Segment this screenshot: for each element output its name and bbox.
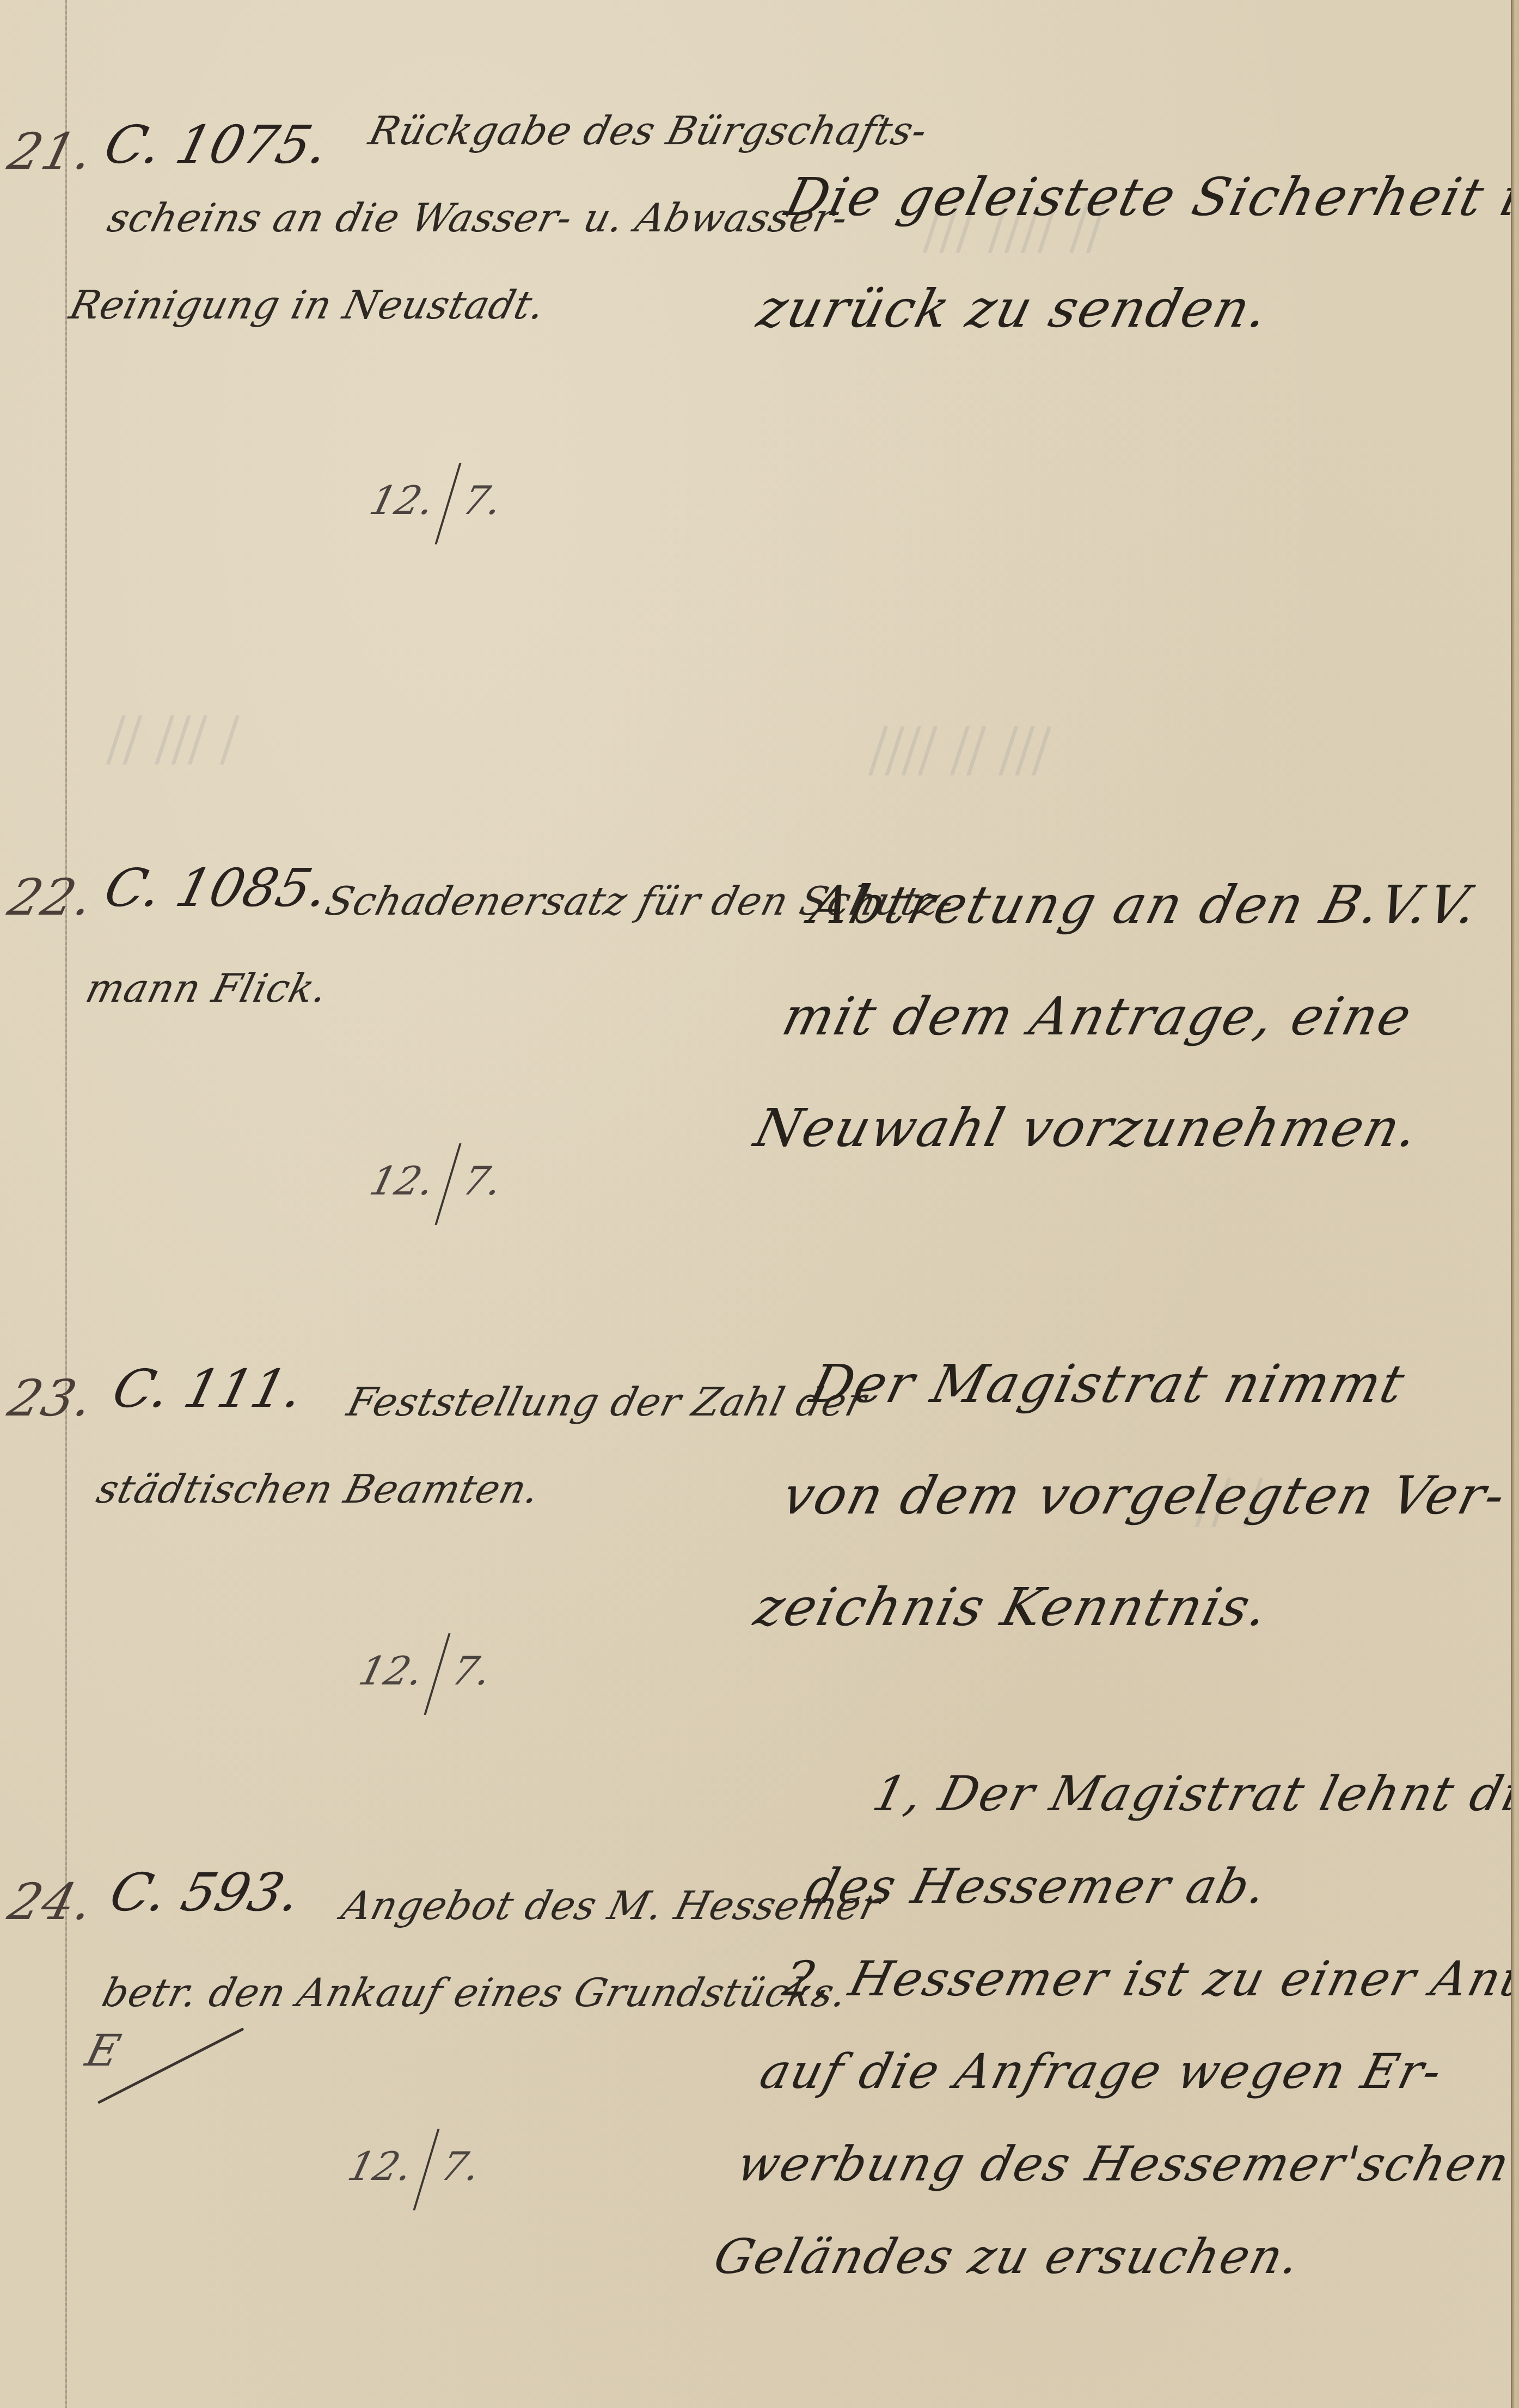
- file-reference: C. 1085.: [99, 857, 335, 918]
- entry-number: 22.: [3, 868, 100, 927]
- entry-decision: Abtretung an den B.V.V. mit dem Antrage,…: [742, 849, 1491, 1184]
- page-edge: [1511, 0, 1519, 2408]
- entry-date: 12.7.: [338, 2129, 489, 2210]
- entry-date: 12.7.: [360, 463, 511, 544]
- margin-rule: [65, 0, 67, 2408]
- entry-date: 12.7.: [349, 1633, 500, 1715]
- bleed-through-texture: ​|||| || |||: [862, 719, 1060, 776]
- entry-decision: Die geleistete Sicherheit ist zurück zu …: [745, 142, 1519, 365]
- entry-date: 12.7.: [360, 1143, 511, 1225]
- entry-number: 21.: [3, 122, 100, 181]
- ledger-page: ​||| |||| || ​|| ||| | ​|||| || ||| ​|| …: [0, 0, 1511, 2408]
- file-reference: C. 593.: [104, 1862, 307, 1923]
- file-reference: C. 111.: [107, 1358, 310, 1419]
- file-reference: C. 1075.: [99, 114, 335, 175]
- bleed-through-texture: ​|| ||| |: [100, 708, 248, 765]
- entry-number: 23.: [3, 1369, 100, 1427]
- entry-number: 24.: [3, 1873, 100, 1931]
- entry-decision: Der Magistrat nimmt von dem vorgelegten …: [742, 1328, 1519, 1663]
- entry-decision: 1, Der Magistrat lehnt die Forderung des…: [704, 1748, 1519, 2303]
- margin-mark: E: [81, 2025, 125, 2076]
